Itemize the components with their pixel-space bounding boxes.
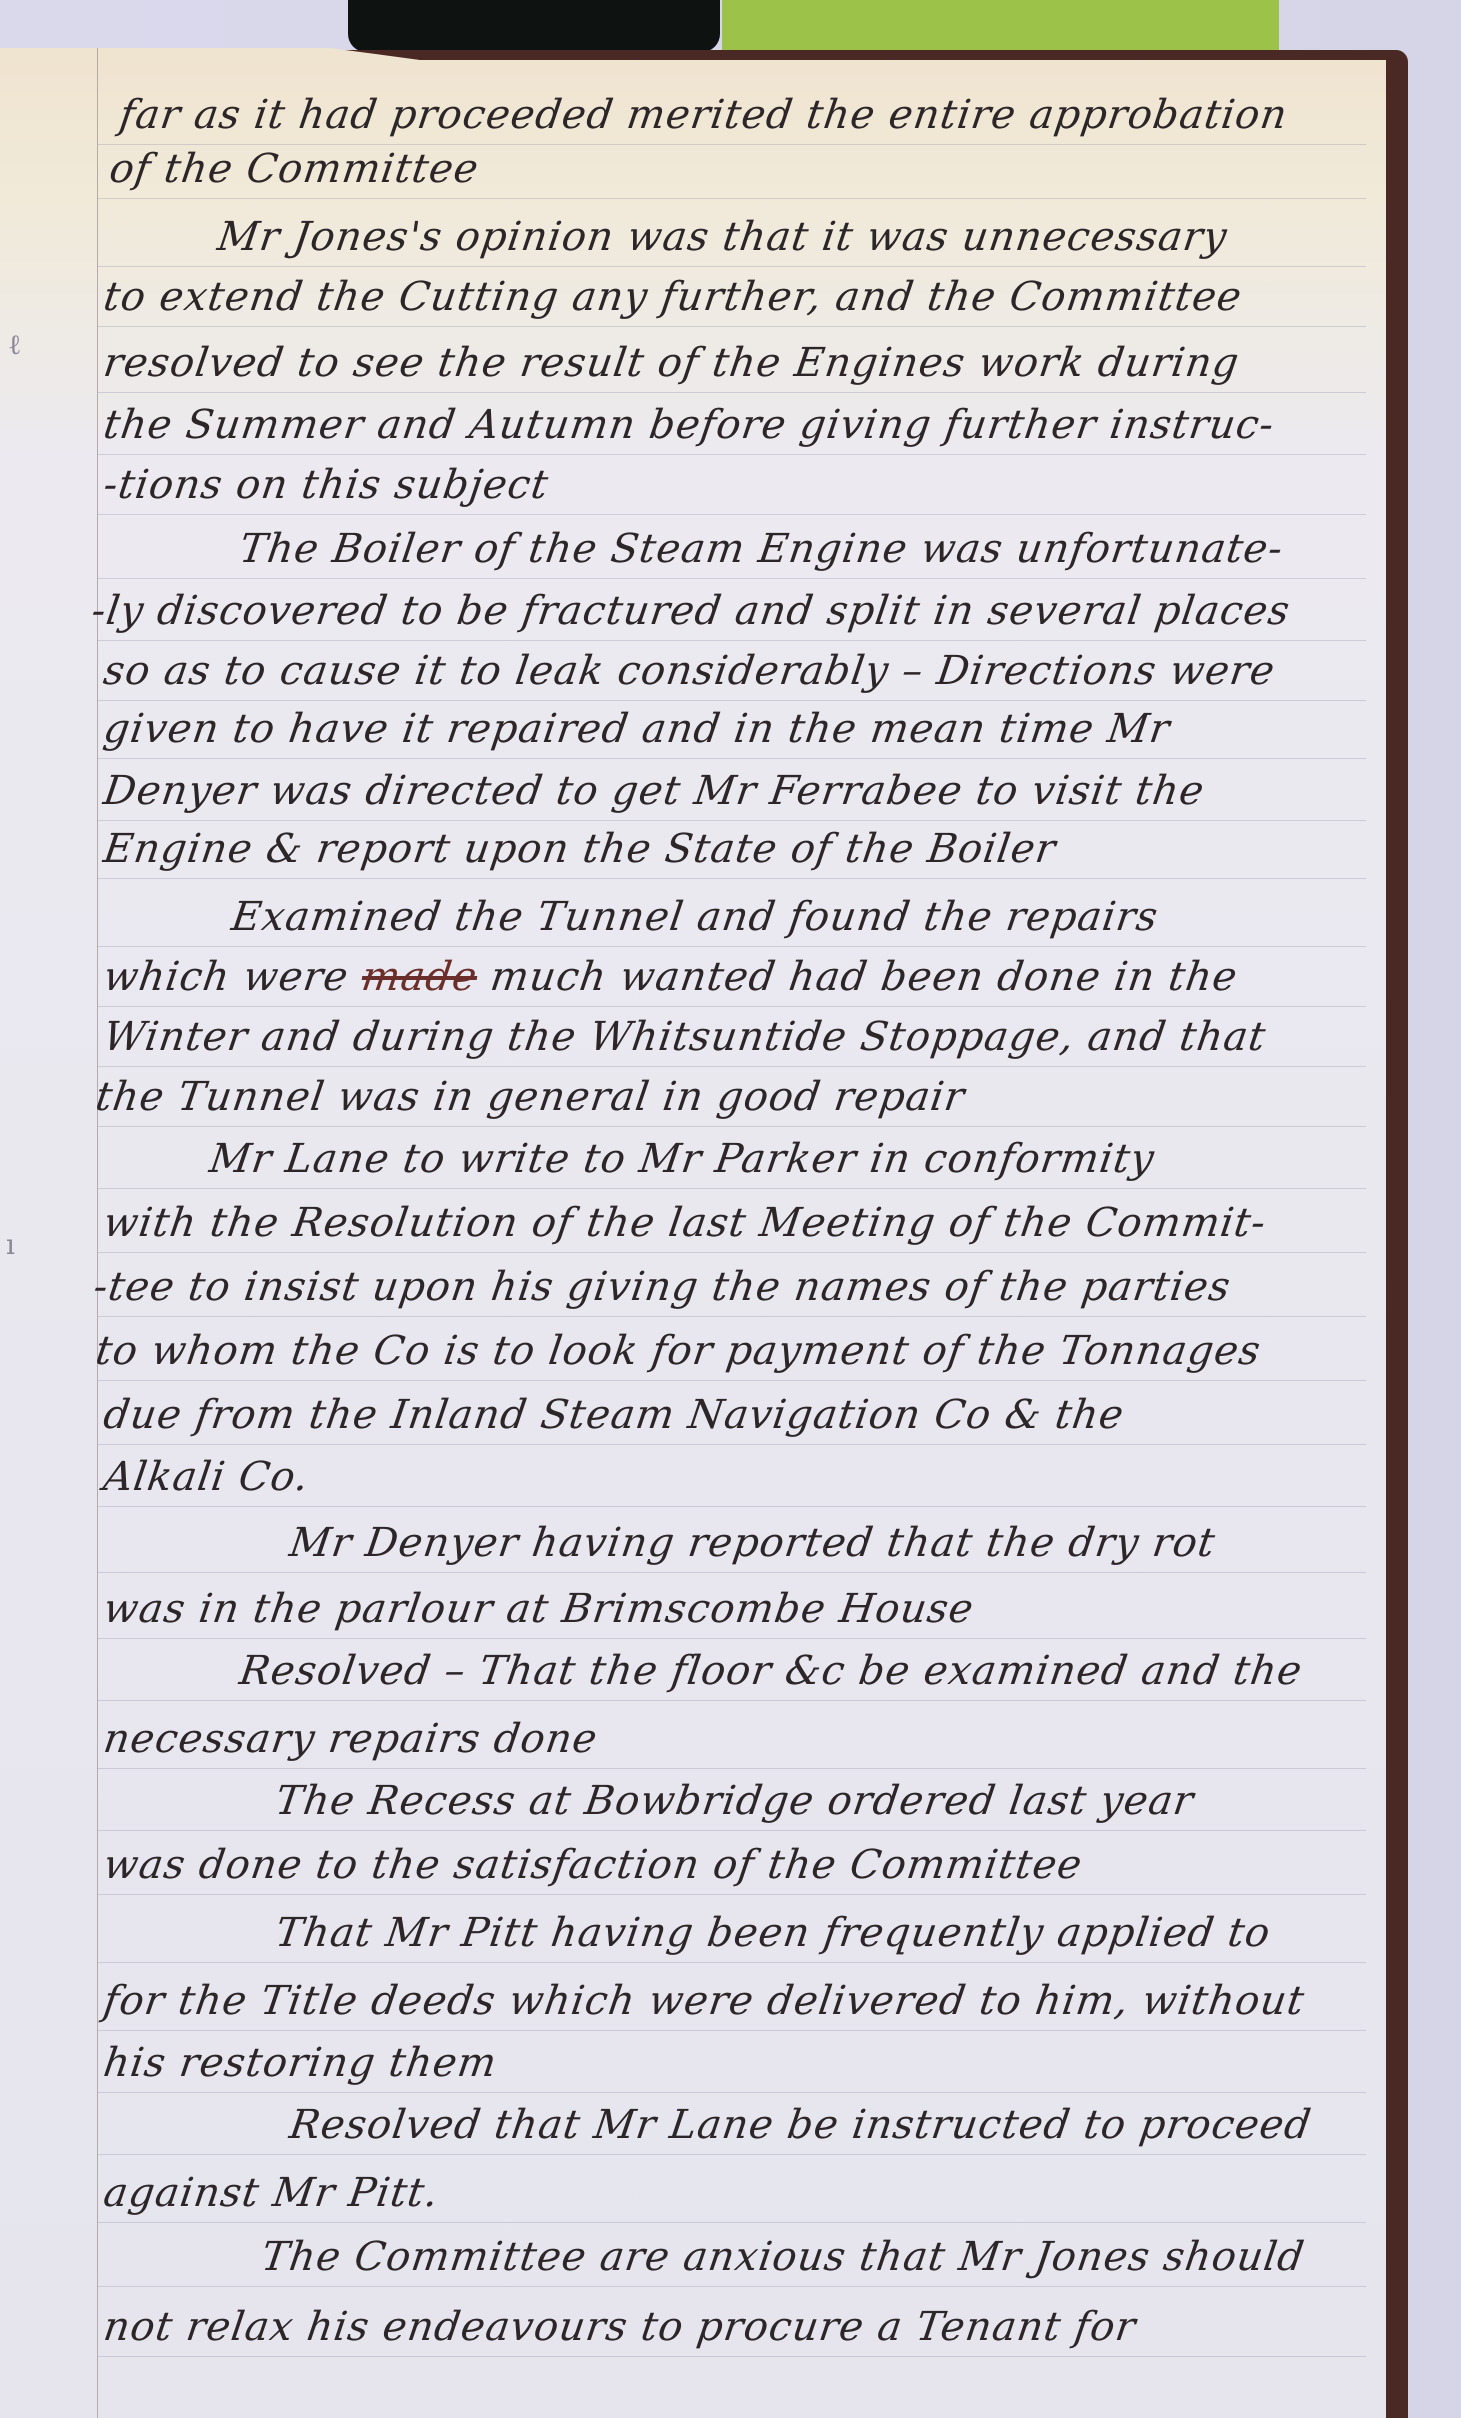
ruled-line: [98, 266, 1366, 267]
manuscript-page: ℓ ı far as it had proceeded merited the …: [0, 38, 1386, 2418]
manuscript-line: of the Committee: [107, 146, 482, 192]
manuscript-line: -tee to insist upon his giving the names…: [91, 1264, 1234, 1310]
manuscript-line: Resolved – That the floor &c be examined…: [237, 1648, 1306, 1694]
ruled-line: [98, 1506, 1366, 1507]
ruled-line: [98, 640, 1366, 641]
manuscript-line: against Mr Pitt.: [101, 2170, 442, 2216]
ruled-line: [98, 2030, 1366, 2031]
ruled-line: [98, 700, 1366, 701]
manuscript-line: -ly discovered to be fractured and split…: [89, 588, 1293, 634]
manuscript-line: the Tunnel was in general in good repair: [93, 1074, 968, 1120]
ruled-line: [98, 1252, 1366, 1253]
manuscript-line: Resolved that Mr Lane be instructed to p…: [287, 2102, 1315, 2148]
manuscript-line: with the Resolution of the last Meeting …: [101, 1200, 1269, 1246]
ruled-line: [98, 1188, 1366, 1189]
ruled-line: [98, 1700, 1366, 1701]
manuscript-line: to whom the Co is to look for payment of…: [93, 1328, 1264, 1374]
ruled-line: [98, 946, 1366, 947]
manuscript-line: Mr Denyer having reported that the dry r…: [287, 1520, 1219, 1566]
manuscript-line: his restoring them: [101, 2040, 500, 2086]
manuscript-line: Engine & report upon the State of the Bo…: [101, 826, 1059, 872]
manuscript-line: for the Title deeds which were delivered…: [101, 1978, 1308, 2024]
margin-mark: ı: [6, 1228, 15, 1261]
manuscript-line: was done to the satisfaction of the Comm…: [101, 1842, 1086, 1888]
manuscript-line: -tions on this subject: [101, 462, 552, 508]
ruled-line: [98, 1006, 1366, 1007]
manuscript-line: Alkali Co.: [101, 1454, 312, 1500]
ruled-line: [98, 326, 1366, 327]
ruled-line: [98, 1316, 1366, 1317]
ruled-line: [98, 1768, 1366, 1769]
ruled-line: [98, 1572, 1366, 1573]
ruled-line: [98, 2222, 1366, 2223]
ruled-line: [98, 392, 1366, 393]
ruled-line: [98, 1126, 1366, 1127]
manuscript-line: so as to cause it to leak considerably –…: [101, 648, 1278, 694]
manuscript-line: The Boiler of the Steam Engine was unfor…: [237, 526, 1286, 572]
ruled-line: [98, 2092, 1366, 2093]
ruled-line: [98, 2356, 1366, 2357]
black-clip: [348, 0, 720, 52]
ruled-line: [98, 1894, 1366, 1895]
ruled-line: [98, 1066, 1366, 1067]
ruled-line: [98, 144, 1366, 145]
manuscript-line: not relax his endeavours to procure a Te…: [101, 2304, 1139, 2350]
margin-mark: ℓ: [8, 328, 21, 362]
manuscript-line: The Recess at Bowbridge ordered last yea…: [273, 1778, 1197, 1824]
ruled-line: [98, 1962, 1366, 1963]
manuscript-line: Mr Lane to write to Mr Parker in conform…: [207, 1136, 1158, 1182]
ruled-line: [98, 1830, 1366, 1831]
ruled-line: [98, 878, 1366, 879]
ruled-line: [98, 454, 1366, 455]
manuscript-line: Winter and during the Whitsuntide Stoppa…: [101, 1014, 1269, 1060]
manuscript-line: resolved to see the result of the Engine…: [101, 340, 1242, 386]
manuscript-line: which were made much wanted had been don…: [101, 954, 1241, 1000]
green-bookmark: [722, 0, 1279, 55]
manuscript-line: to extend the Cutting any further, and t…: [101, 274, 1245, 320]
manuscript-line: far as it had proceeded merited the enti…: [117, 92, 1291, 138]
ruled-line: [98, 1380, 1366, 1381]
struck-word: made: [359, 954, 481, 1000]
manuscript-line: necessary repairs done: [101, 1716, 601, 1762]
ruled-line: [98, 1444, 1366, 1445]
manuscript-line: due from the Inland Steam Navigation Co …: [101, 1392, 1127, 1438]
manuscript-line: the Summer and Autumn before giving furt…: [101, 402, 1278, 448]
manuscript-line: Examined the Tunnel and found the repair…: [229, 894, 1161, 940]
ruled-line: [98, 820, 1366, 821]
manuscript-line: Denyer was directed to get Mr Ferrabee t…: [101, 768, 1208, 814]
manuscript-line: was in the parlour at Brimscombe House: [101, 1586, 977, 1632]
manuscript-line: That Mr Pitt having been frequently appl…: [273, 1910, 1274, 1956]
ruled-line: [98, 758, 1366, 759]
manuscript-line: given to have it repaired and in the mea…: [101, 706, 1173, 752]
ruled-line: [98, 514, 1366, 515]
ruled-line: [98, 2154, 1366, 2155]
manuscript-line: The Committee are anxious that Mr Jones …: [259, 2234, 1308, 2280]
ruled-line: [98, 578, 1366, 579]
manuscript-line: Mr Jones's opinion was that it was unnec…: [215, 214, 1231, 260]
ruled-line: [98, 198, 1366, 199]
ruled-line: [98, 2286, 1366, 2287]
margin-line: [97, 38, 98, 2418]
ruled-line: [98, 1638, 1366, 1639]
